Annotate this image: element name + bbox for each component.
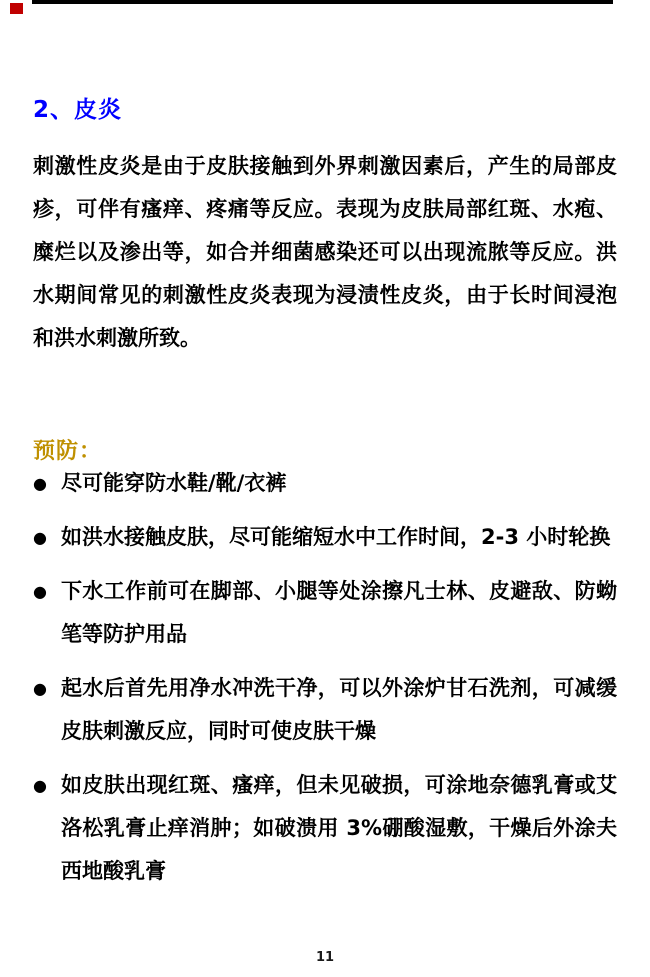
document-page: { "page": { "title": "2、皮炎", "intro": "刺… <box>0 0 650 977</box>
bullet-icon: ● <box>33 667 47 710</box>
page-title: 2、皮炎 <box>33 91 122 124</box>
list-item: ● 起水后首先用净水冲洗干净，可以外涂炉甘石洗剂，可减缓皮肤刺激反应，同时可使皮… <box>33 667 617 753</box>
list-item-text: 尽可能穿防水鞋/靴/衣裤 <box>61 471 286 495</box>
list-item: ● 尽可能穿防水鞋/靴/衣裤 <box>33 462 617 505</box>
list-item-text: 如皮肤出现红斑、瘙痒，但未见破损，可涂地奈德乳膏或艾洛松乳膏止痒消肿；如破溃用 … <box>61 773 617 883</box>
header-rule <box>32 0 613 4</box>
red-corner-mark <box>10 3 23 14</box>
bullet-icon: ● <box>33 570 47 613</box>
list-item-text: 起水后首先用净水冲洗干净，可以外涂炉甘石洗剂，可减缓皮肤刺激反应，同时可使皮肤干… <box>61 676 617 743</box>
prevention-heading: 预防： <box>33 434 102 465</box>
intro-paragraph: 刺激性皮炎是由于皮肤接触到外界刺激因素后，产生的局部皮疹，可伴有瘙痒、疼痛等反应… <box>33 145 617 360</box>
prevention-list: ● 尽可能穿防水鞋/靴/衣裤 ● 如洪水接触皮肤，尽可能缩短水中工作时间，2-3… <box>33 462 617 904</box>
bullet-icon: ● <box>33 462 47 505</box>
list-item: ● 下水工作前可在脚部、小腿等处涂擦凡士林、皮避敌、防蚴笔等防护用品 <box>33 570 617 656</box>
list-item-text: 如洪水接触皮肤，尽可能缩短水中工作时间，2-3 小时轮换 <box>61 525 610 549</box>
bullet-icon: ● <box>33 764 47 807</box>
bullet-icon: ● <box>33 516 47 559</box>
list-item: ● 如皮肤出现红斑、瘙痒，但未见破损，可涂地奈德乳膏或艾洛松乳膏止痒消肿；如破溃… <box>33 764 617 893</box>
list-item: ● 如洪水接触皮肤，尽可能缩短水中工作时间，2-3 小时轮换 <box>33 516 617 559</box>
list-item-text: 下水工作前可在脚部、小腿等处涂擦凡士林、皮避敌、防蚴笔等防护用品 <box>61 579 617 646</box>
page-number: 11 <box>0 950 650 965</box>
